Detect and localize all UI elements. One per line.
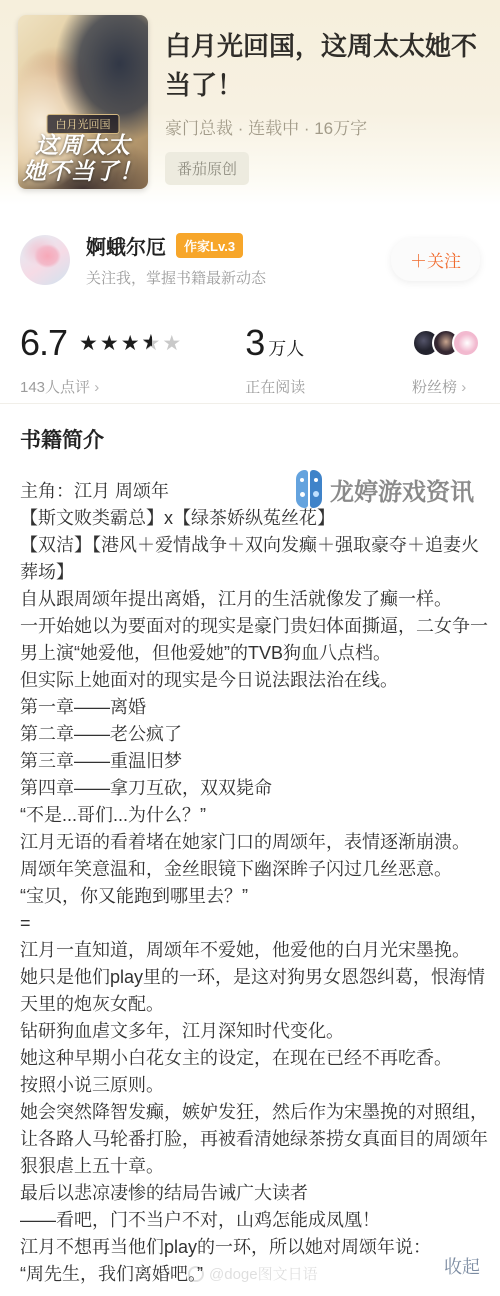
intro-paragraphs: 主角：江月 周颂年【斯文败类霸总】x【绿茶娇纵菟丝花】【双洁】【港风＋爱情战争＋… [20,478,490,1288]
collapse-button[interactable]: 收起 [444,1253,480,1279]
origin-tag[interactable]: 番茄原创 [165,152,249,185]
star-icon: ★ [142,332,163,355]
score-column: 6.7 ★★★★★ 143人点评 › [20,321,183,397]
stats-row: 6.7 ★★★★★ 143人点评 › 3 万人 正在阅读 粉丝榜 › [0,321,500,397]
intro-paragraph: 第四章——拿刀互砍，双双毙命 [20,775,490,802]
intro-paragraph: 她只是他们play里的一环，是这对狗男女恩怨纠葛，恨海情天里的炮灰女配。 [20,964,490,1018]
star-rating: ★★★★★ [79,333,183,354]
intro-paragraph: 一开始她以为要面对的现实是豪门贵妇体面撕逼，二女争一男上演“她爱他，但他爱她”的… [20,613,490,667]
book-header-info: 白月光回国，这周太太她不当了！ 豪门总裁 · 连载中 · 16万字 番茄原创 [148,15,480,205]
book-meta: 豪门总裁 · 连载中 · 16万字 [165,114,480,139]
intro-paragraph: 江月不想再当他们play的一环，所以她对周颂年说： [20,1234,490,1261]
readers-column: 3 万人 正在阅读 [245,321,305,397]
intro-paragraph: 钻研狗血虐文多年，江月深知时代变化。 [20,1018,490,1045]
intro-paragraph: 她会突然降智发癫，嫉妒发狂，然后作为宋墨挽的对照组，让各路人马轮番打脸，再被看清… [20,1099,490,1180]
cover-title-line2: 她不当了！ [18,159,148,185]
intro-paragraph: = [20,910,490,937]
intro-paragraph: 周颂年笑意温和，金丝眼镜下幽深眸子闪过几丝恶意。 [20,856,490,883]
intro-paragraph: 但实际上她面对的现实是今日说法跟法治在线。 [20,667,490,694]
intro-paragraph: 最后以悲凉凄惨的结局告诫广大读者 [20,1180,490,1207]
intro-paragraph: 自从跟周颂年提出离婚，江月的生活就像发了癫一样。 [20,586,490,613]
book-header: 白月光回国 这周太太 她不当了！ 白月光回国，这周太太她不当了！ 豪门总裁 · … [0,0,500,205]
intro-paragraph: 第一章——离婚 [20,694,490,721]
readers-count: 3 [245,322,265,364]
cover-banner-text: 白月光回国 [47,114,120,134]
intro-paragraph: “宝贝，你又能跑到哪里去？” [20,883,490,910]
fans-rank-link[interactable]: 粉丝榜 › [412,376,466,397]
star-icon: ★ [100,332,121,355]
author-row: 婀蛾尔厄 作家Lv.3 关注我，掌握书籍最新动态 ＋关注 [0,231,500,288]
fan-avatar [452,329,480,357]
readers-unit: 万人 [268,325,304,361]
intro-paragraph: “周先生，我们离婚吧。” [20,1261,490,1288]
book-title: 白月光回国，这周太太她不当了！ [165,27,480,105]
cover-title-text: 这周太太 她不当了！ [18,133,148,185]
reviews-link[interactable]: 143人点评 › [20,376,183,397]
chevron-right-icon: › [94,379,99,396]
author-level-badge: 作家Lv.3 [176,233,243,258]
cover-title-line1: 这周太太 [18,133,148,159]
star-icon: ★ [79,332,100,355]
star-icon: ★ [162,332,183,355]
intro-paragraph: ——看吧，门不当户不对，山鸡怎能成凤凰！ [20,1207,490,1234]
intro-heading: 书籍简介 [20,427,490,455]
follow-button[interactable]: ＋关注 [391,238,480,281]
intro-paragraph: “不是...哥们...为什么？” [20,802,490,829]
fans-column: 粉丝榜 › [412,321,480,397]
readers-label: 正在阅读 [245,376,305,397]
intro-paragraph: 第二章——老公疯了 [20,721,490,748]
fan-avatars[interactable] [412,321,480,365]
author-avatar[interactable] [20,235,70,285]
book-intro-section: 书籍简介 主角：江月 周颂年【斯文败类霸总】x【绿茶娇纵菟丝花】【双洁】【港风＋… [0,427,500,1288]
section-divider [0,403,500,404]
book-detail-page: 白月光回国 这周太太 她不当了！ 白月光回国，这周太太她不当了！ 豪门总裁 · … [0,0,500,1296]
chevron-right-icon: › [461,379,466,396]
intro-paragraph: 江月一直知道，周颂年不爱她，他爱他的白月光宋墨挽。 [20,937,490,964]
star-icon: ★ [121,332,142,355]
intro-paragraph: 主角：江月 周颂年 [20,478,490,505]
book-cover[interactable]: 白月光回国 这周太太 她不当了！ [18,15,148,189]
intro-paragraph: 江月无语的看着堵在她家门口的周颂年，表情逐渐崩溃。 [20,829,490,856]
author-info: 婀蛾尔厄 作家Lv.3 关注我，掌握书籍最新动态 [70,231,391,288]
score-value: 6.7 [20,322,67,364]
intro-paragraph: 【双洁】【港风＋爱情战争＋双向发癫＋强取豪夺＋追妻火葬场】 [20,532,490,586]
intro-paragraph: 【斯文败类霸总】x【绿茶娇纵菟丝花】 [20,505,490,532]
author-name[interactable]: 婀蛾尔厄 [86,231,166,260]
intro-paragraph: 按照小说三原则。 [20,1072,490,1099]
intro-paragraph: 她这种早期小白花女主的设定，在现在已经不再吃香。 [20,1045,490,1072]
author-subtitle: 关注我，掌握书籍最新动态 [86,267,391,288]
intro-paragraph: 第三章——重温旧梦 [20,748,490,775]
